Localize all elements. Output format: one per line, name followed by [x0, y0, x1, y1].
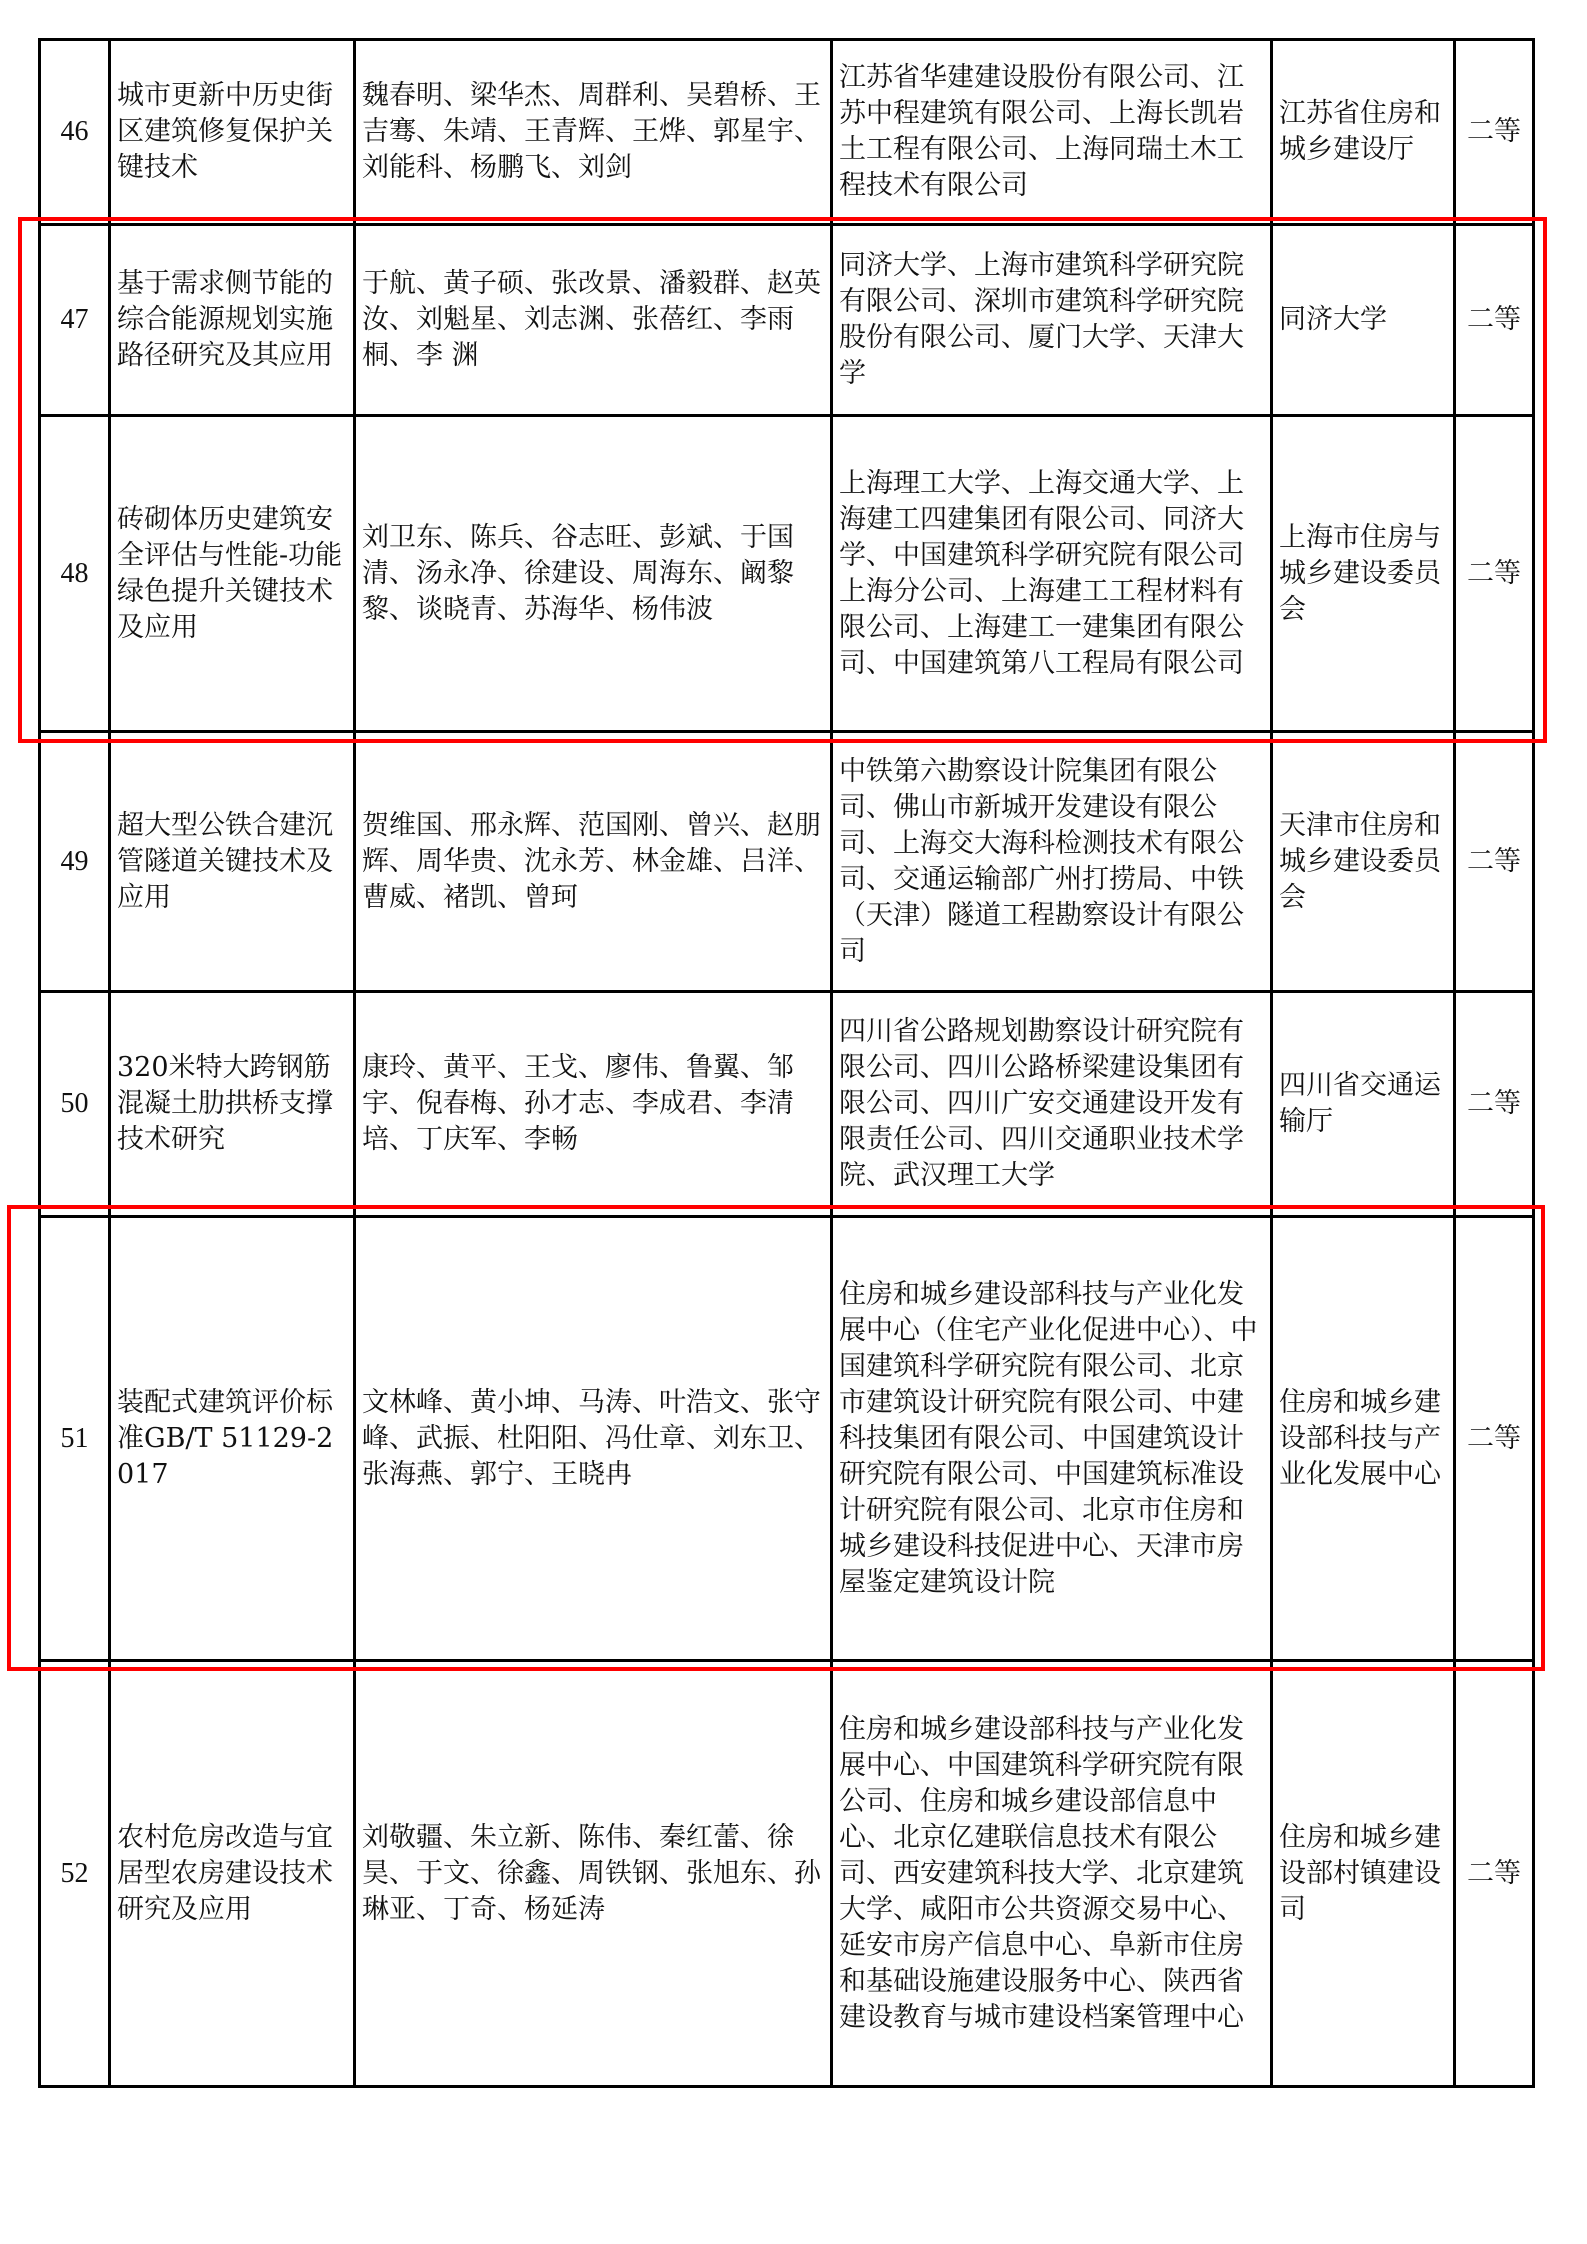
main-organizations: 同济大学、上海市建筑科学研究院有限公司、深圳市建筑科学研究院股份有限公司、厦门大…: [832, 225, 1272, 416]
award-table: 46 城市更新中历史街区建筑修复保护关键技术 魏春明、梁华杰、周群利、吴碧桥、王…: [38, 38, 1535, 2088]
main-contributors: 魏春明、梁华杰、周群利、吴碧桥、王吉骞、朱靖、王青辉、王烨、郭星宇、刘能科、杨鹏…: [355, 40, 832, 225]
recommending-unit: 上海市住房与城乡建设委员会: [1272, 416, 1455, 732]
main-contributors: 康玲、黄平、王戈、廖伟、鲁翼、邹宇、倪春梅、孙才志、李成君、李清培、丁庆军、李畅: [355, 992, 832, 1217]
main-organizations: 上海理工大学、上海交通大学、上海建工四建集团有限公司、同济大学、中国建筑科学研究…: [832, 416, 1272, 732]
project-title: 城市更新中历史街区建筑修复保护关键技术: [110, 40, 355, 225]
row-number: 50: [40, 992, 110, 1217]
project-title: 装配式建筑评价标准GB/T 51129-2017: [110, 1217, 355, 1661]
award-grade: 二等: [1455, 992, 1534, 1217]
table-row: 50 320米特大跨钢筋混凝土肋拱桥支撑技术研究 康玲、黄平、王戈、廖伟、鲁翼、…: [40, 992, 1534, 1217]
recommending-unit: 四川省交通运输厅: [1272, 992, 1455, 1217]
main-contributors: 于航、黄子硕、张改景、潘毅群、赵英汝、刘魁星、刘志渊、张蓓红、李雨桐、李 渊: [355, 225, 832, 416]
award-grade: 二等: [1455, 1661, 1534, 2087]
award-grade: 二等: [1455, 1217, 1534, 1661]
recommending-unit: 天津市住房和城乡建设委员会: [1272, 732, 1455, 992]
main-organizations: 中铁第六勘察设计院集团有限公司、佛山市新城开发建设有限公司、上海交大海科检测技术…: [832, 732, 1272, 992]
table-row: 51 装配式建筑评价标准GB/T 51129-2017 文林峰、黄小坤、马涛、叶…: [40, 1217, 1534, 1661]
recommending-unit: 住房和城乡建设部科技与产业化发展中心: [1272, 1217, 1455, 1661]
row-number: 46: [40, 40, 110, 225]
award-grade: 二等: [1455, 40, 1534, 225]
main-organizations: 四川省公路规划勘察设计研究院有限公司、四川公路桥梁建设集团有限公司、四川广安交通…: [832, 992, 1272, 1217]
main-organizations: 住房和城乡建设部科技与产业化发展中心（住宅产业化促进中心）、中国建筑科学研究院有…: [832, 1217, 1272, 1661]
table-row: 48 砖砌体历史建筑安全评估与性能-功能绿色提升关键技术及应用 刘卫东、陈兵、谷…: [40, 416, 1534, 732]
row-number: 52: [40, 1661, 110, 2087]
project-title: 基于需求侧节能的综合能源规划实施路径研究及其应用: [110, 225, 355, 416]
table-row: 49 超大型公铁合建沉管隧道关键技术及应用 贺维国、邢永辉、范国刚、曾兴、赵朋辉…: [40, 732, 1534, 992]
table-row: 46 城市更新中历史街区建筑修复保护关键技术 魏春明、梁华杰、周群利、吴碧桥、王…: [40, 40, 1534, 225]
main-contributors: 文林峰、黄小坤、马涛、叶浩文、张守峰、武振、杜阳阳、冯仕章、刘东卫、张海燕、郭宁…: [355, 1217, 832, 1661]
row-number: 51: [40, 1217, 110, 1661]
project-title: 320米特大跨钢筋混凝土肋拱桥支撑技术研究: [110, 992, 355, 1217]
main-contributors: 刘卫东、陈兵、谷志旺、彭斌、于国清、汤永净、徐建设、周海东、阚黎黎、谈晓青、苏海…: [355, 416, 832, 732]
award-grade: 二等: [1455, 416, 1534, 732]
recommending-unit: 同济大学: [1272, 225, 1455, 416]
recommending-unit: 住房和城乡建设部村镇建设司: [1272, 1661, 1455, 2087]
project-title: 砖砌体历史建筑安全评估与性能-功能绿色提升关键技术及应用: [110, 416, 355, 732]
main-contributors: 刘敬疆、朱立新、陈伟、秦红蕾、徐昊、于文、徐鑫、周铁钢、张旭东、孙琳亚、丁奇、杨…: [355, 1661, 832, 2087]
main-organizations: 住房和城乡建设部科技与产业化发展中心、中国建筑科学研究院有限公司、住房和城乡建设…: [832, 1661, 1272, 2087]
award-grade: 二等: [1455, 732, 1534, 992]
main-contributors: 贺维国、邢永辉、范国刚、曾兴、赵朋辉、周华贵、沈永芳、林金雄、吕洋、曹威、褚凯、…: [355, 732, 832, 992]
award-grade: 二等: [1455, 225, 1534, 416]
main-organizations: 江苏省华建建设股份有限公司、江苏中程建筑有限公司、上海长凯岩土工程有限公司、上海…: [832, 40, 1272, 225]
table-row: 47 基于需求侧节能的综合能源规划实施路径研究及其应用 于航、黄子硕、张改景、潘…: [40, 225, 1534, 416]
project-title: 超大型公铁合建沉管隧道关键技术及应用: [110, 732, 355, 992]
recommending-unit: 江苏省住房和城乡建设厅: [1272, 40, 1455, 225]
row-number: 47: [40, 225, 110, 416]
project-title: 农村危房改造与宜居型农房建设技术研究及应用: [110, 1661, 355, 2087]
row-number: 48: [40, 416, 110, 732]
table-row: 52 农村危房改造与宜居型农房建设技术研究及应用 刘敬疆、朱立新、陈伟、秦红蕾、…: [40, 1661, 1534, 2087]
row-number: 49: [40, 732, 110, 992]
